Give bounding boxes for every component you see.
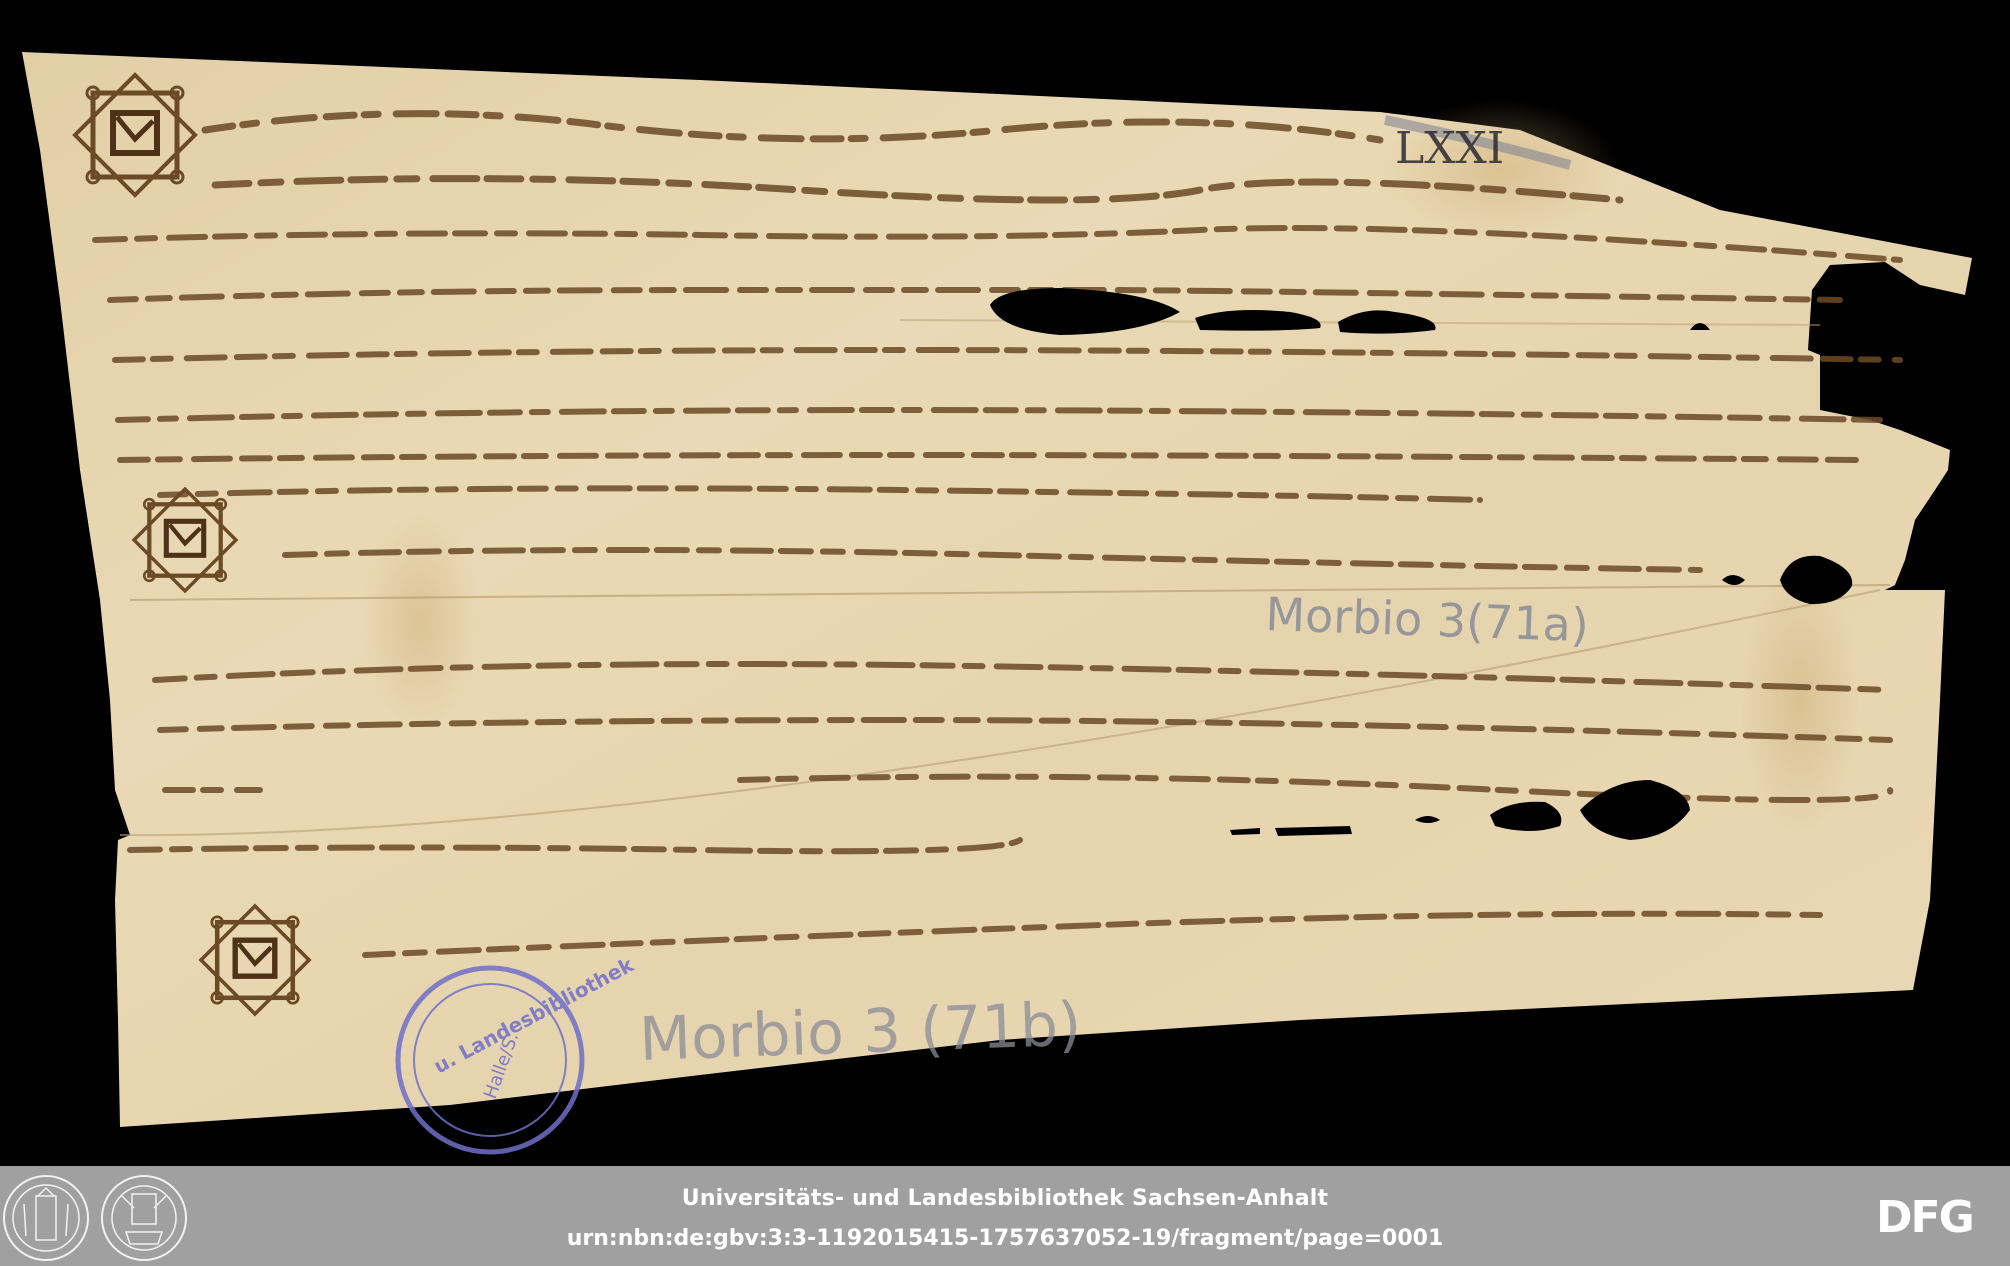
institution-name: Universitäts- und Landesbibliothek Sachs… [0, 1186, 2010, 1211]
svg-text:Morbio 3 (71b): Morbio 3 (71b) [638, 990, 1082, 1075]
svg-text:Morbio 3(71a): Morbio 3(71a) [1265, 587, 1590, 652]
urn-link[interactable]: urn:nbn:de:gbv:3:3-1192015415-1757637052… [0, 1226, 2010, 1251]
image-viewer[interactable]: LXXI Morbio 3(71a) Morbio 3 (71b) u. Lan… [0, 0, 2010, 1166]
svg-text:LXXI: LXXI [1395, 123, 1504, 174]
dfg-logo-icon[interactable]: DFG [1876, 1192, 1996, 1238]
manuscript-scan: LXXI Morbio 3(71a) Morbio 3 (71b) u. Lan… [0, 0, 2010, 1166]
parchment-fragment [22, 52, 1972, 1127]
svg-text:DFG: DFG [1876, 1192, 1973, 1238]
footer-bar: Universitäts- und Landesbibliothek Sachs… [0, 1166, 2010, 1266]
